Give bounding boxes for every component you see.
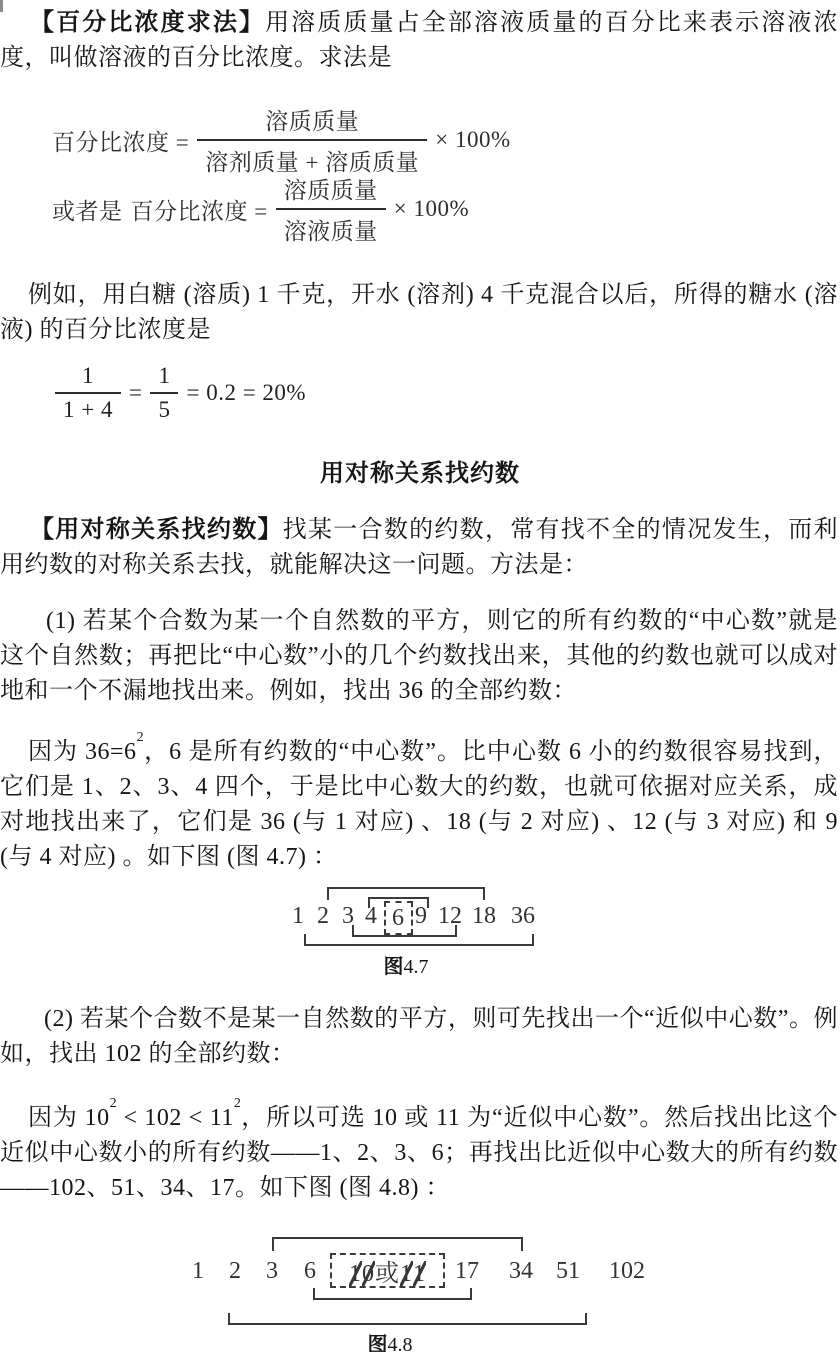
- struck-digit: 1: [400, 1261, 413, 1288]
- formula-lhs: 百分比浓度 =: [131, 193, 268, 226]
- or-character: 或: [375, 1261, 400, 1287]
- pair-bracket-3-34: [272, 1237, 523, 1251]
- approx-center-box: 10或11: [330, 1253, 445, 1288]
- divisor-number: 17: [455, 1257, 479, 1285]
- fraction: 1 1 + 4: [55, 363, 121, 423]
- figure-4-8: 1 2 3 6 10或11 17 34 51 102 图4.8: [0, 1233, 840, 1352]
- fraction: 溶质质量 溶液质量: [276, 172, 386, 246]
- formula-prefix: 或者是: [52, 193, 123, 226]
- approx-center-text: 10或11: [349, 1253, 426, 1288]
- divisor-number: 36: [511, 902, 535, 930]
- paragraph-concentration-definition: 【百分比浓度求法】用溶质质量占全部溶液质量的百分比来表示溶液浓度，叫做溶液的百分…: [0, 6, 838, 76]
- figure-4-7: 1 2 3 4 6 9 12 18 36 图4.7: [0, 880, 840, 980]
- figure-caption: 图4.8: [368, 1328, 413, 1352]
- formula-calculation: 1 1 + 4 = 1 5 = 0.2 = 20%: [55, 363, 306, 423]
- text-segment: 因为 36=6: [28, 739, 137, 765]
- entry-term: 【百分比浓度求法】: [30, 10, 265, 36]
- formula-percentage-concentration-1: 百分比浓度 = 溶质质量 溶剂质量 + 溶质质量 × 100%: [52, 103, 511, 177]
- divisor-number: 34: [509, 1257, 533, 1285]
- calculation-result: = 0.2 = 20%: [186, 380, 306, 406]
- formula-suffix: × 100%: [435, 127, 510, 153]
- divisor-number: 3: [266, 1257, 278, 1285]
- formula-percentage-concentration-2: 或者是 百分比浓度 = 溶质质量 溶液质量 × 100%: [52, 172, 469, 246]
- figure-caption: 图4.7: [384, 950, 429, 979]
- divisor-number: 6: [304, 1257, 316, 1285]
- method-1-text: (1) 若某个合数为某一个自然数的平方，则它的所有约数的“中心数”就是这个自然数…: [0, 608, 838, 704]
- fraction-numerator: 溶质质量: [276, 172, 386, 208]
- divisor-number: 1: [292, 902, 304, 930]
- formula-lhs: 百分比浓度 =: [52, 124, 189, 157]
- caption-figure-number: 4.7: [404, 956, 429, 978]
- caption-figure-label: 图: [384, 956, 404, 978]
- divisor-number: 2: [229, 1257, 241, 1285]
- section-heading: 用对称关系找约数: [0, 453, 840, 488]
- paragraph-method-2: (2) 若某个合数不是某一自然数的平方，则可先找出一个“近似中心数”。例如，找出…: [0, 1002, 838, 1072]
- document-page: 【百分比浓度求法】用溶质质量占全部溶液质量的百分比来表示溶液浓度，叫做溶液的百分…: [0, 0, 840, 1352]
- fraction-numerator: 1: [150, 363, 178, 392]
- fraction-numerator: 1: [74, 363, 102, 392]
- fraction-denominator: 溶液质量: [276, 208, 386, 246]
- superscript-exponent: 2: [137, 730, 144, 745]
- divisor-number: 2: [317, 902, 329, 930]
- struck-digit: 1: [349, 1261, 362, 1288]
- paragraph-example-sugar-water: 例如，用白糖 (溶质) 1 千克，开水 (溶剂) 4 千克混合以后，所得的糖水 …: [0, 278, 838, 348]
- paragraph-example-36: 因为 36=62，6 是所有约数的“中心数”。比中心数 6 小的约数很容易找到，…: [0, 729, 838, 875]
- entry-term: 【用对称关系找约数】: [30, 517, 283, 543]
- pair-bracket-2-51: [228, 1313, 587, 1325]
- superscript-exponent: 2: [234, 1096, 241, 1111]
- struck-digit: 0: [362, 1261, 375, 1288]
- fraction-denominator: 1 + 4: [55, 392, 121, 423]
- divisor-number: 51: [556, 1257, 580, 1285]
- caption-figure-number: 4.8: [388, 1334, 413, 1352]
- pair-bracket-6-17: [313, 1288, 472, 1300]
- paragraph-example-102: 因为 102 < 102 < 112，所以可选 10 或 11 为“近似中心数”…: [0, 1095, 838, 1206]
- superscript-exponent: 2: [110, 1096, 117, 1111]
- pair-bracket-1-36: [304, 934, 534, 946]
- divisor-number: 18: [472, 902, 496, 930]
- divisor-number: 102: [609, 1257, 645, 1285]
- paragraph-method-1: (1) 若某个合数为某一个自然数的平方，则它的所有约数的“中心数”就是这个自然数…: [0, 604, 838, 709]
- formula-suffix: × 100%: [394, 196, 469, 222]
- fraction: 1 5: [150, 363, 178, 423]
- text-segment: < 102 < 11: [117, 1105, 234, 1131]
- fraction-numerator: 溶质质量: [257, 103, 367, 139]
- fraction: 溶质质量 溶剂质量 + 溶质质量: [197, 103, 427, 177]
- equals-sign: =: [129, 380, 142, 406]
- example-text: 例如，用白糖 (溶质) 1 千克，开水 (溶剂) 4 千克混合以后，所得的糖水 …: [0, 282, 838, 343]
- paragraph-divisor-symmetry-definition: 【用对称关系找约数】找某一合数的约数，常有找不全的情况发生，而利用约数的对称关系…: [0, 513, 838, 583]
- struck-digit: 1: [413, 1261, 426, 1288]
- method-2-text: (2) 若某个合数不是某一自然数的平方，则可先找出一个“近似中心数”。例如，找出…: [0, 1006, 838, 1067]
- fraction-denominator: 5: [150, 392, 178, 423]
- caption-figure-label: 图: [368, 1334, 388, 1352]
- divisor-number: 1: [192, 1257, 204, 1285]
- text-segment: 因为 10: [28, 1105, 110, 1131]
